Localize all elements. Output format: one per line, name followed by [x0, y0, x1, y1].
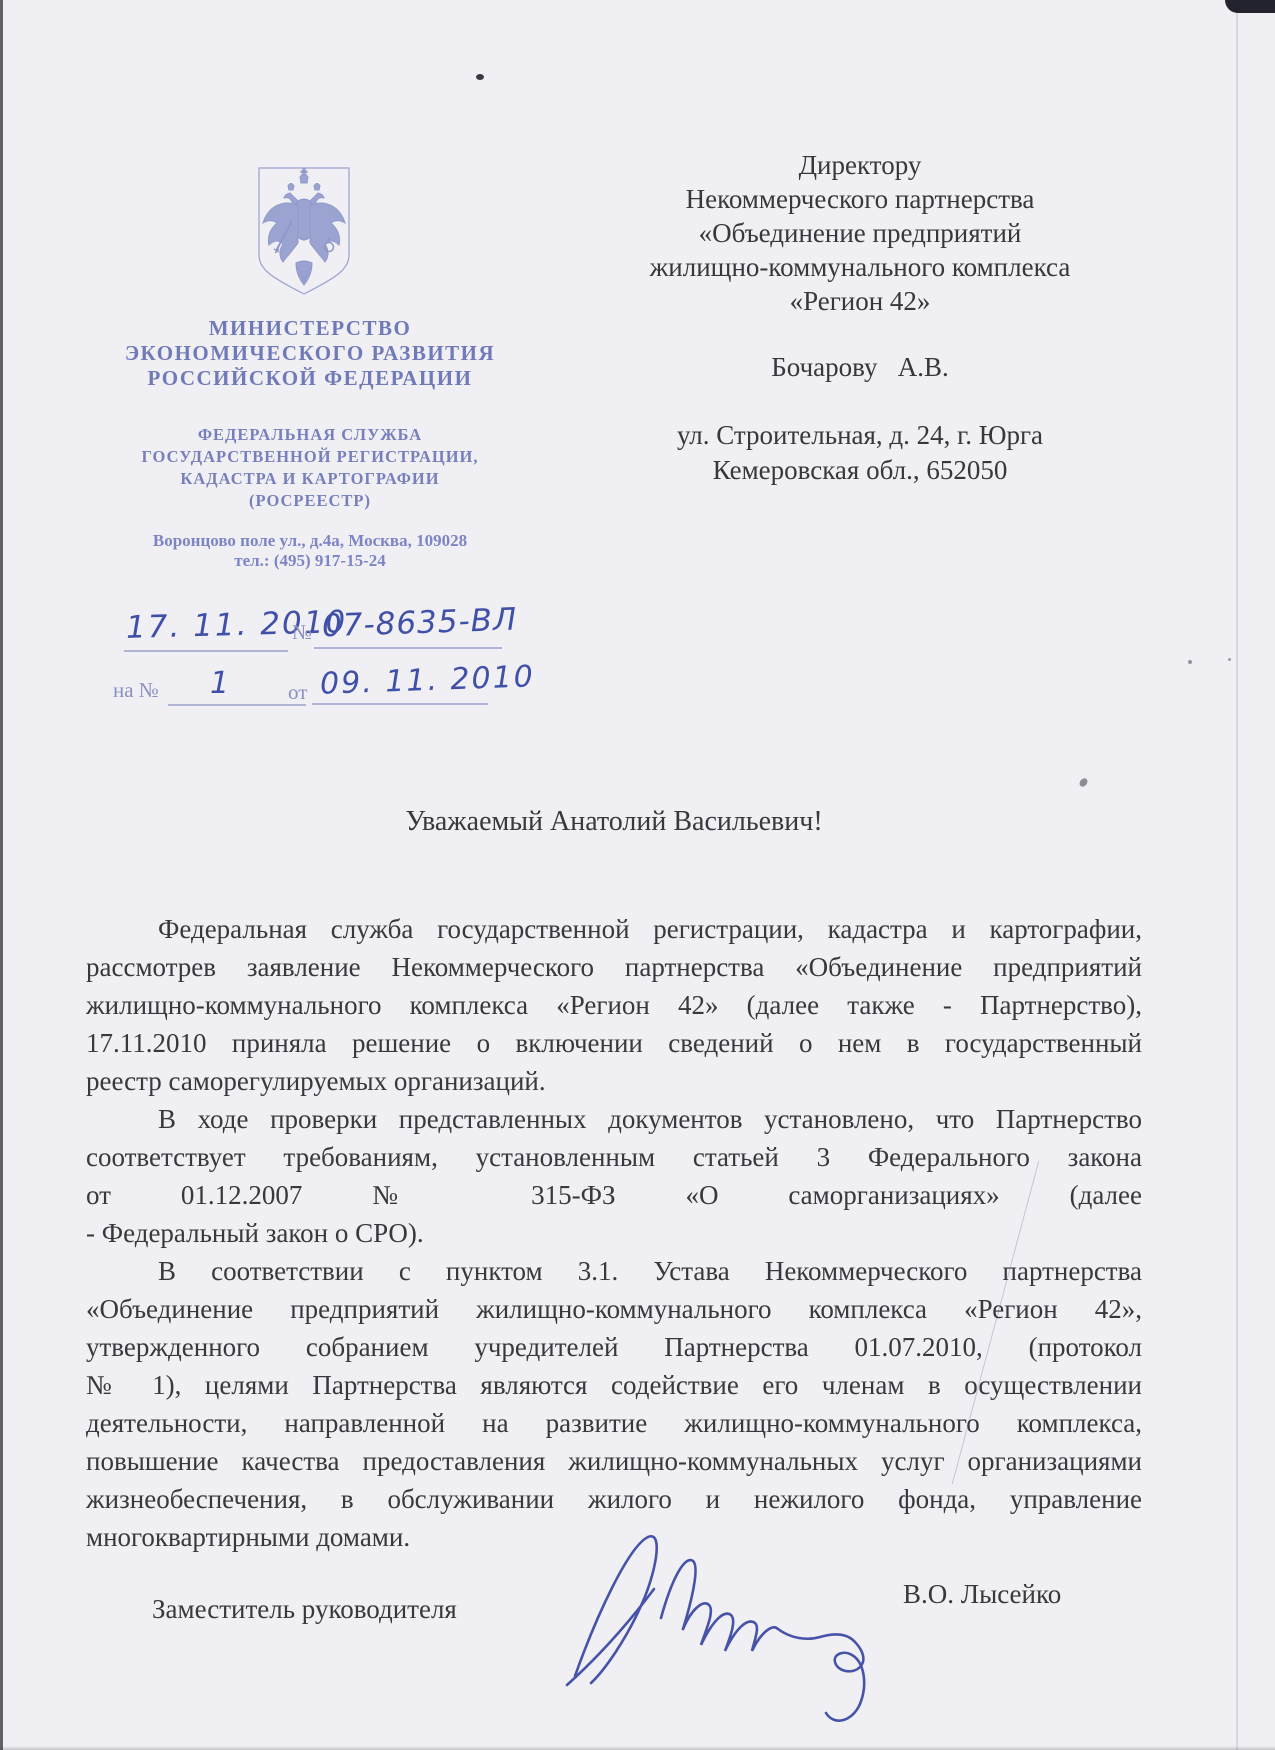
scan-speck: [1228, 658, 1231, 661]
text-line: ЭКОНОМИЧЕСКОГО РАЗВИТИЯ: [90, 341, 530, 366]
scan-edge-right: [1236, 0, 1238, 1750]
letter-body: Федеральная служба государственной регис…: [86, 910, 1142, 1556]
text-line: «Регион 42»: [600, 284, 1120, 318]
coat-of-arms-icon: [252, 163, 356, 301]
body-line: В ходе проверки представленных документо…: [86, 1100, 1142, 1138]
text-line: МИНИСТЕРСТВО: [90, 316, 530, 341]
incoming-date-handwritten: 09. 11. 2010: [319, 659, 535, 701]
signer-name: В.О. Лысейко: [903, 1579, 1061, 1610]
text-line: тел.: (495) 917-15-24: [90, 551, 530, 571]
text-line: «Объединение предприятий: [600, 216, 1120, 250]
text-line: Воронцово поле ул., д.4а, Москва, 109028: [90, 531, 530, 551]
body-line: - Федеральный закон о СРО).: [86, 1214, 1142, 1252]
body-line: реестр саморегулируемых организаций.: [86, 1062, 1142, 1100]
text-line: РОССИЙСКОЙ ФЕДЕРАЦИИ: [90, 366, 530, 391]
text-line: ФЕДЕРАЛЬНАЯ СЛУЖБА: [90, 424, 530, 446]
number-sign-label: №: [292, 620, 312, 645]
scan-speck: [1078, 777, 1089, 788]
recipient-name: Бочарову А.В.: [600, 352, 1120, 383]
text-line: (РОСРЕЕСТР): [90, 490, 530, 512]
paragraph: Федеральная служба государственной регис…: [86, 910, 1142, 1100]
body-line: «Объединение предприятий жилищно-коммуна…: [86, 1290, 1142, 1328]
underline: [124, 650, 288, 652]
paragraph: В ходе проверки представленных документо…: [86, 1100, 1142, 1252]
body-line: Федеральная служба государственной регис…: [86, 910, 1142, 948]
body-line: В соответствии с пунктом 3.1. Устава Нек…: [86, 1252, 1142, 1290]
outgoing-date-handwritten: 17. 11. 2010: [126, 604, 348, 646]
body-line: рассмотрев заявление Некоммерческого пар…: [86, 948, 1142, 986]
body-line: деятельности, направленной на развитие ж…: [86, 1404, 1142, 1442]
scan-speck: [1188, 660, 1192, 664]
scanned-letter-page: МИНИСТЕРСТВОЭКОНОМИЧЕСКОГО РАЗВИТИЯРОССИ…: [0, 0, 1275, 1750]
body-line: соответствует требованиям, установленным…: [86, 1138, 1142, 1176]
body-line: от 01.12.2007 № 315-ФЗ «О саморганизация…: [86, 1176, 1142, 1214]
signer-position-title: Заместитель руководителя: [152, 1594, 457, 1625]
scan-speck: [476, 74, 484, 80]
from-label: от: [288, 680, 307, 705]
signature-ink: [545, 1498, 905, 1733]
incoming-ref-label: на №: [113, 678, 159, 703]
salutation: Уважаемый Анатолий Васильевич!: [86, 806, 1142, 838]
outgoing-number-handwritten: 07-8635-ВЛ: [321, 602, 517, 645]
scan-corner-artifact: [1225, 0, 1275, 13]
text-line: жилищно-коммунального комплекса: [600, 250, 1120, 284]
underline: [312, 703, 488, 705]
underline: [168, 704, 306, 706]
body-line: жилищно-коммунального комплекса «Регион …: [86, 986, 1142, 1024]
ministry-name: МИНИСТЕРСТВОЭКОНОМИЧЕСКОГО РАЗВИТИЯРОССИ…: [90, 316, 530, 391]
body-line: повышение качества предоставления жилищн…: [86, 1442, 1142, 1480]
body-line: 17.11.2010 приняла решение о включении с…: [86, 1024, 1142, 1062]
letterhead-address: Воронцово поле ул., д.4а, Москва, 109028…: [90, 531, 530, 571]
scan-edge-bottom: [0, 1746, 1275, 1750]
incoming-number-handwritten: 1: [210, 666, 229, 701]
text-line: ул. Строительная, д. 24, г. Юрга: [600, 418, 1120, 453]
text-line: Некоммерческого партнерства: [600, 182, 1120, 216]
text-line: КАДАСТРА И КАРТОГРАФИИ: [90, 468, 530, 490]
body-line: № 1), целями Партнерства являются содейс…: [86, 1366, 1142, 1404]
recipient-block: ДиректоруНекоммерческого партнерства«Объ…: [600, 148, 1120, 318]
federal-service-name: ФЕДЕРАЛЬНАЯ СЛУЖБАГОСУДАРСТВЕННОЙ РЕГИСТ…: [90, 424, 530, 512]
text-line: Кемеровская обл., 652050: [600, 453, 1120, 488]
text-line: Директору: [600, 148, 1120, 182]
scan-edge-left: [0, 0, 3, 1750]
text-line: ГОСУДАРСТВЕННОЙ РЕГИСТРАЦИИ,: [90, 446, 530, 468]
body-line: утвержденного собранием учредителей Парт…: [86, 1328, 1142, 1366]
underline: [314, 647, 502, 649]
recipient-address: ул. Строительная, д. 24, г. ЮргаКемеровс…: [600, 418, 1120, 488]
